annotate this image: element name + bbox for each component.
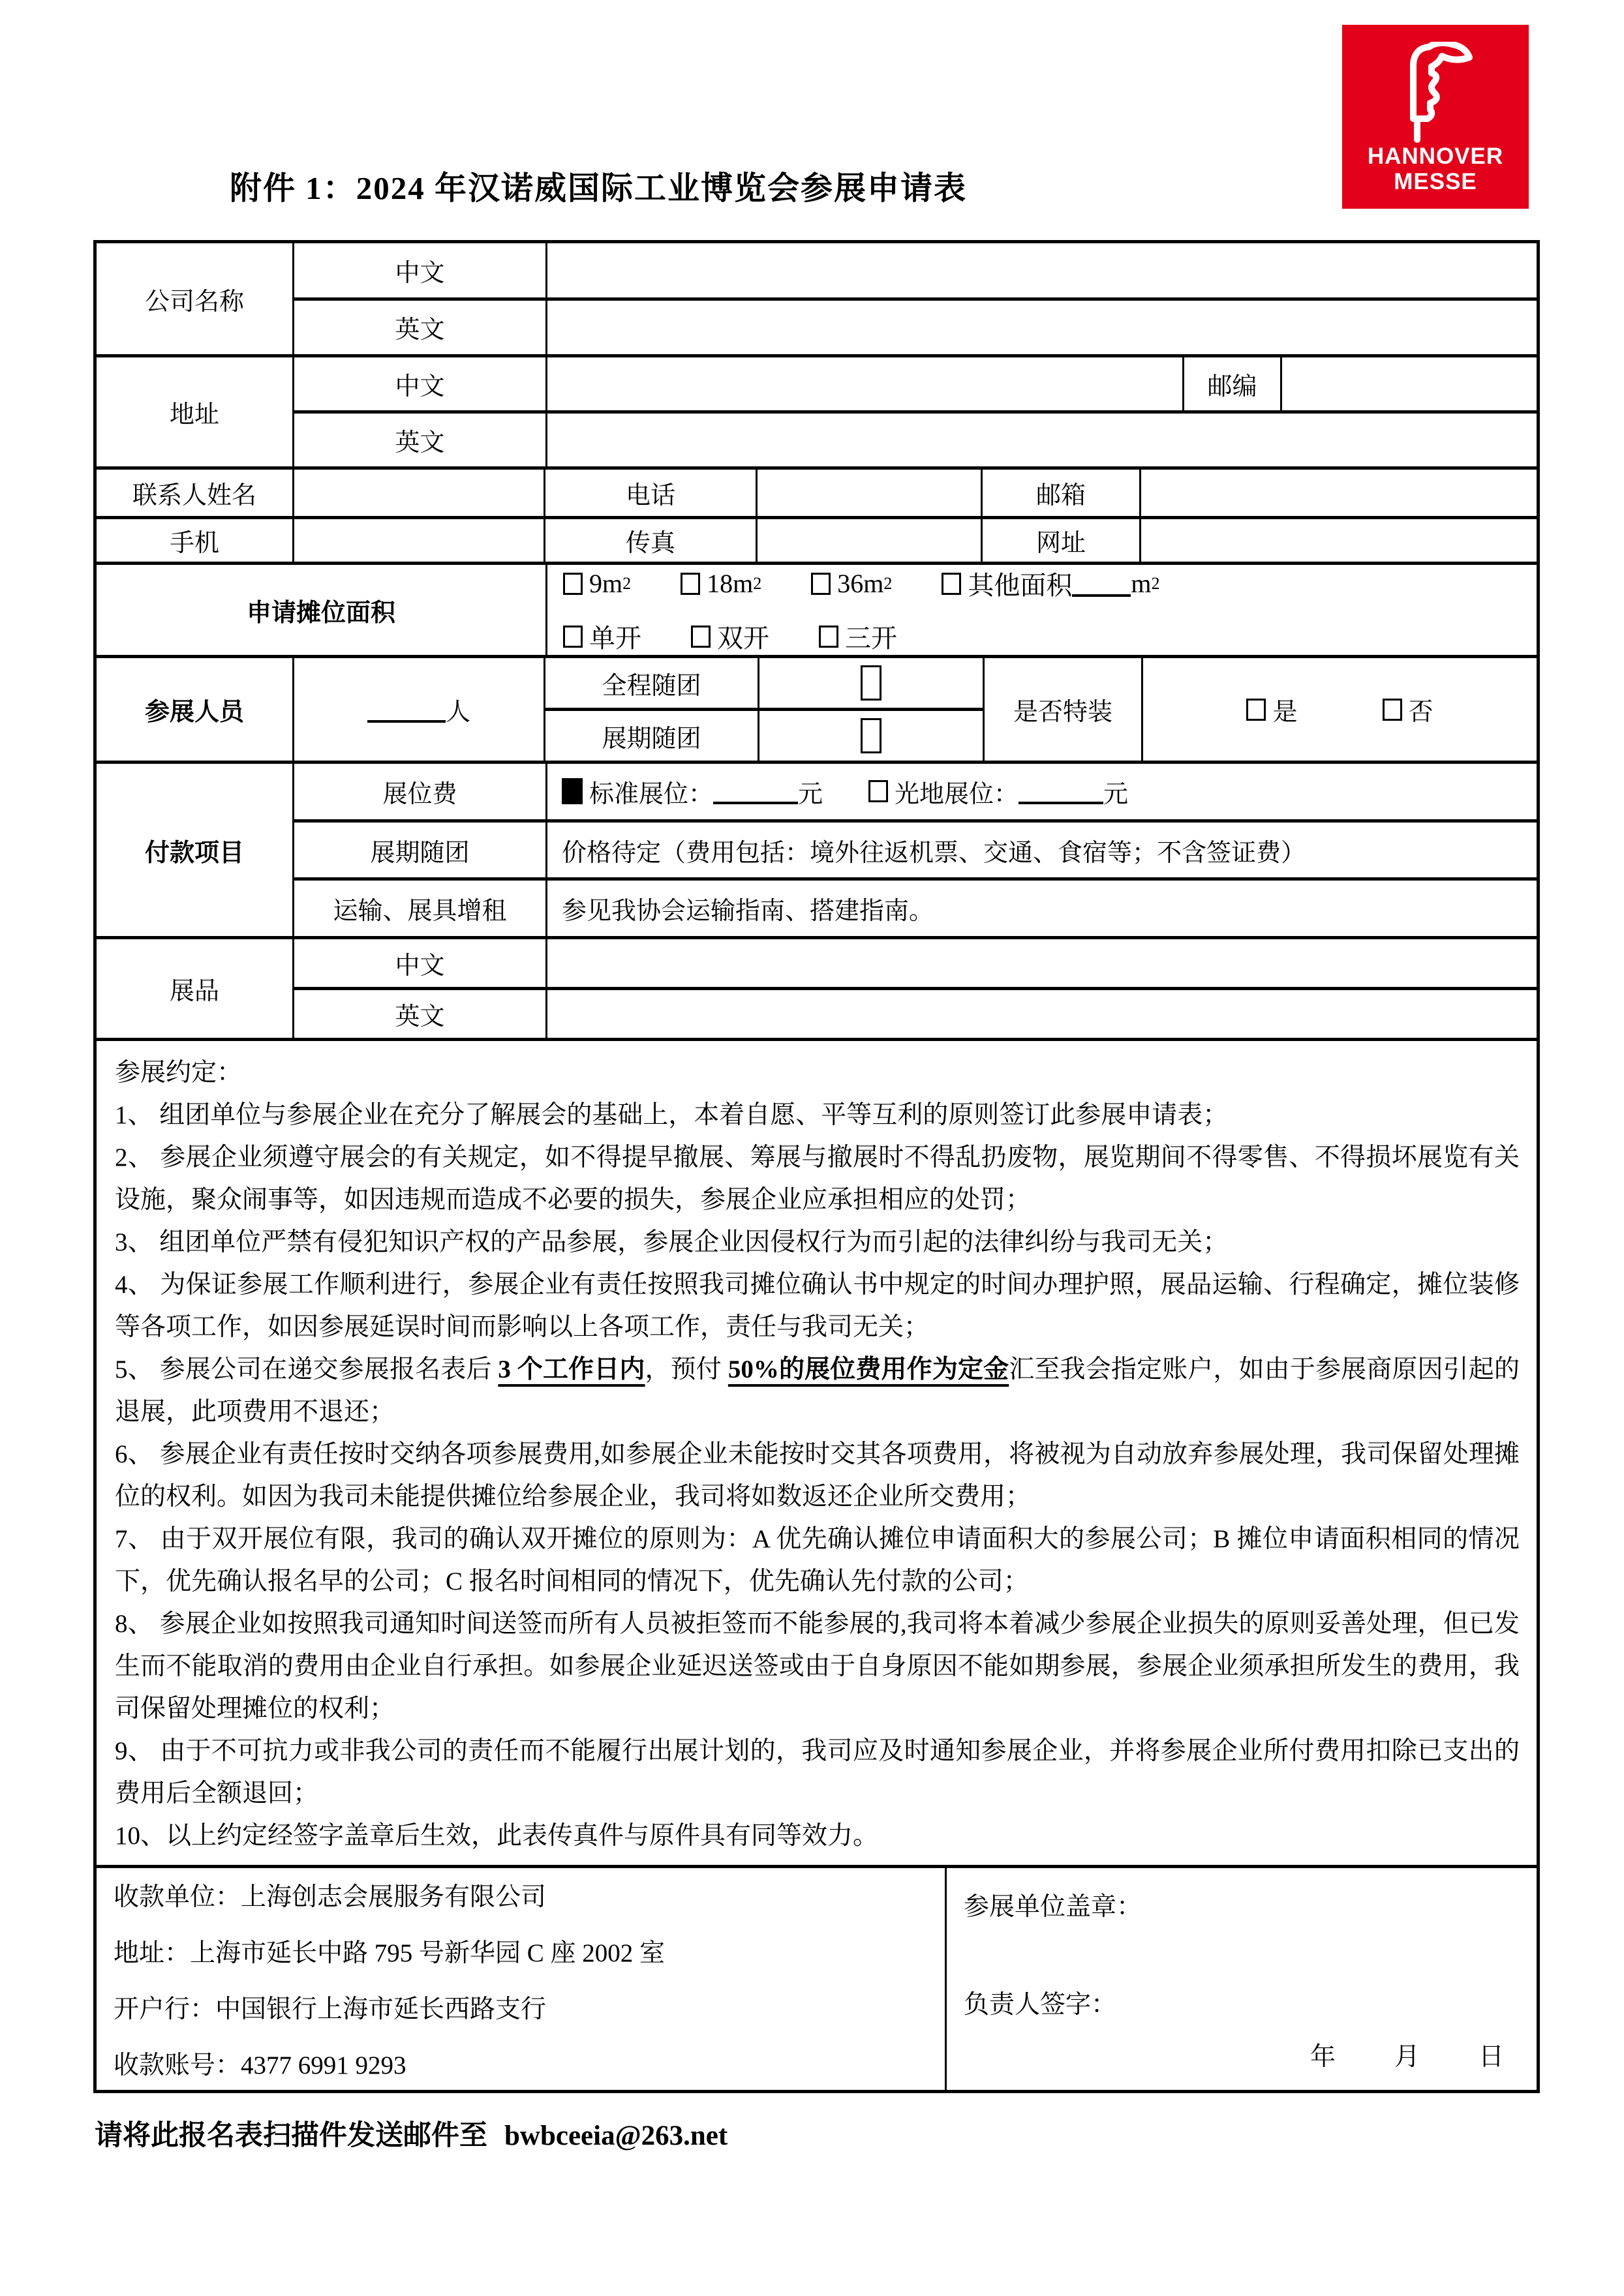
checkbox-icon[interactable] xyxy=(861,718,881,753)
footer-note: 请将此报名表扫描件发送邮件至bwbceeia@263.net xyxy=(95,2113,728,2153)
term-item: 3、 组团单位严禁有侵犯知识产权的产品参展，参展企业因侵权行为而引起的法律纠纷与… xyxy=(115,1221,1520,1263)
checkbox-icon[interactable] xyxy=(563,573,583,595)
terms-list: 1、 组团单位与参展企业在充分了解展会的基础上，本着自愿、平等互利的原则签订此参… xyxy=(115,1094,1520,1857)
participants-count-blank[interactable] xyxy=(367,697,446,723)
checkbox-icon[interactable] xyxy=(861,665,881,701)
signature-area: 参展单位盖章： 负责人签字： 年 月 日 xyxy=(945,1868,1537,2090)
booth-fee-label: 展位费 xyxy=(294,764,545,819)
page-title: 附件 1：2024 年汉诺威国际工业博览会参展申请表 xyxy=(230,163,967,209)
special-decoration-options: 是 否 xyxy=(1141,658,1537,761)
payment-band: 付款项目 展位费 标准展位：元 光地展位：元 展期随团 价格待定（费用包括：境外… xyxy=(97,764,1537,939)
participants-band: 参展人员 人 全程随团 展期随团 是否特装 是 否 xyxy=(97,658,1537,764)
address-cn-label: 中文 xyxy=(294,357,545,410)
period-fee-desc: 价格待定（费用包括：境外往返机票、交通、食宿等；不含签证费） xyxy=(545,823,1537,878)
participants-count: 人 xyxy=(292,658,544,761)
remittance-signature-band: 收款单位：上海创志会展服务有限公司 地址：上海市延长中路 795 号新华园 C … xyxy=(97,1868,1537,2090)
application-form-page: HANNOVER MESSE 附件 1：2024 年汉诺威国际工业博览会参展申请… xyxy=(0,0,1624,2296)
application-form-table: 公司名称 中文 英文 地址 中文 邮编 xyxy=(93,240,1540,2093)
fax-label: 传真 xyxy=(544,519,756,562)
zip-label: 邮编 xyxy=(1182,357,1280,410)
other-area-blank[interactable] xyxy=(1072,571,1131,597)
booth-open-options: 单开 双开 三开 xyxy=(563,618,897,655)
remittance-info: 收款单位：上海创志会展服务有限公司 地址：上海市延长中路 795 号新华园 C … xyxy=(97,1868,945,2090)
term-item: 9、 由于不可抗力或非我公司的责任而不能履行出展计划的，我司应及时通知参展企业，… xyxy=(115,1730,1520,1815)
hannover-messe-logo: HANNOVER MESSE xyxy=(1342,25,1529,209)
full-trip-label: 全程随团 xyxy=(545,658,758,708)
booth-fee-content: 标准展位：元 光地展位：元 xyxy=(545,764,1537,819)
standard-booth-price-blank[interactable] xyxy=(713,778,798,804)
phone-input[interactable] xyxy=(756,470,981,516)
checkbox-icon[interactable] xyxy=(681,573,700,595)
address-label: 地址 xyxy=(97,357,292,466)
period-trip-checkbox-cell xyxy=(758,711,983,761)
exhibits-en-label: 英文 xyxy=(294,990,545,1038)
option-36m2[interactable]: 36m2 xyxy=(811,568,892,599)
term-item: 4、 为保证参展工作顺利进行，参展企业有责任按照我司摊位确认书中规定的时间办理护… xyxy=(115,1263,1520,1348)
logo-wordmark: HANNOVER MESSE xyxy=(1342,143,1529,194)
booth-area-options: 9m2 18m2 36m2 其他面积m2 单开 双开 三开 xyxy=(545,565,1537,655)
phone-label: 电话 xyxy=(544,470,756,516)
payment-label: 付款项目 xyxy=(97,764,292,936)
company-cn-input[interactable] xyxy=(545,243,1537,297)
special-decoration-label: 是否特装 xyxy=(983,658,1141,761)
period-trip-label: 展期随团 xyxy=(545,711,758,761)
exhibits-label: 展品 xyxy=(97,939,292,1038)
option-double-open[interactable]: 双开 xyxy=(691,618,769,655)
option-triple-open[interactable]: 三开 xyxy=(819,618,897,655)
checkbox-icon[interactable] xyxy=(1246,699,1266,721)
responsible-signature-label: 负责人签字： xyxy=(964,1984,1116,2021)
terms-heading: 参展约定： xyxy=(115,1051,1520,1094)
company-en-input[interactable] xyxy=(545,301,1537,355)
terms-band: 参展约定： 1、 组团单位与参展企业在充分了解展会的基础上，本着自愿、平等互利的… xyxy=(97,1041,1537,1868)
option-other-area[interactable]: 其他面积m2 xyxy=(942,565,1159,602)
company-name-label: 公司名称 xyxy=(97,243,292,354)
contact-name-input[interactable] xyxy=(292,470,544,516)
website-label: 网址 xyxy=(981,519,1139,562)
checkbox-icon[interactable] xyxy=(1383,699,1402,721)
checkbox-icon[interactable] xyxy=(868,780,888,802)
option-single-open[interactable]: 单开 xyxy=(563,618,641,655)
website-input[interactable] xyxy=(1139,519,1537,562)
exhibits-cn-label: 中文 xyxy=(294,939,545,987)
full-trip-checkbox-cell xyxy=(758,658,983,708)
open-space-price-blank[interactable] xyxy=(1019,778,1103,804)
date-line: 年 月 日 xyxy=(1310,2036,1507,2073)
booth-size-options: 9m2 18m2 36m2 其他面积m2 xyxy=(563,565,1160,602)
email-label: 邮箱 xyxy=(981,470,1139,516)
checkbox-icon[interactable] xyxy=(819,626,838,648)
booth-area-label: 申请摊位面积 xyxy=(97,565,545,655)
mobile-label: 手机 xyxy=(97,519,292,562)
footer-text: 请将此报名表扫描件发送邮件至 xyxy=(95,2121,487,2151)
term-item: 10、以上约定经签字盖章后生效，此表传真件与原件具有同等效力。 xyxy=(115,1815,1520,1857)
term-item: 5、 参展公司在递交参展报名表后 3 个工作日内，预付 50%的展位费用作为定金… xyxy=(115,1348,1520,1433)
filled-checkbox-icon xyxy=(562,778,583,804)
term-item: 2、 参展企业须遵守展会的有关规定，如不得提早撤展、筹展与撤展时不得乱扔废物，展… xyxy=(115,1136,1520,1221)
transport-desc: 参见我协会运输指南、搭建指南。 xyxy=(545,881,1537,936)
company-name-band: 公司名称 中文 英文 xyxy=(97,243,1537,357)
participants-label: 参展人员 xyxy=(97,658,292,761)
email-input[interactable] xyxy=(1139,470,1537,516)
checkbox-icon[interactable] xyxy=(811,573,831,595)
head-profile-icon xyxy=(1392,42,1478,145)
logo-line1: HANNOVER xyxy=(1342,143,1529,169)
option-18m2[interactable]: 18m2 xyxy=(681,568,761,599)
address-cn-input[interactable] xyxy=(545,357,1182,410)
address-en-label: 英文 xyxy=(294,414,545,466)
term-item: 6、 参展企业有责任按时交纳各项参展费用,如参展企业未能按时交其各项费用，将被视… xyxy=(115,1433,1520,1518)
footer-email: bwbceeia@263.net xyxy=(504,2121,728,2151)
terms-block: 参展约定： 1、 组团单位与参展企业在充分了解展会的基础上，本着自愿、平等互利的… xyxy=(97,1041,1537,1865)
remittance-account: 收款账号：4377 6991 9293 xyxy=(114,2045,406,2081)
contact-name-label: 联系人姓名 xyxy=(97,470,292,516)
period-fee-label: 展期随团 xyxy=(294,823,545,878)
exhibits-band: 展品 中文 英文 xyxy=(97,939,1537,1041)
mobile-band: 手机 传真 网址 xyxy=(97,519,1537,565)
remittance-payee: 收款单位：上海创志会展服务有限公司 xyxy=(114,1877,546,1913)
address-en-input[interactable] xyxy=(545,414,1537,466)
exhibits-cn-input[interactable] xyxy=(545,939,1537,987)
company-en-label: 英文 xyxy=(294,301,545,355)
exhibits-en-input[interactable] xyxy=(545,990,1537,1038)
checkbox-icon[interactable] xyxy=(691,626,711,648)
option-yes[interactable]: 是 xyxy=(1246,691,1297,727)
option-9m2[interactable]: 9m2 xyxy=(563,568,631,599)
address-band: 地址 中文 邮编 英文 xyxy=(97,357,1537,470)
remittance-bank: 开户行：中国银行上海市延长西路支行 xyxy=(114,1989,546,2025)
mobile-input[interactable] xyxy=(292,519,544,562)
term-item: 7、 由于双开展位有限，我司的确认双开摊位的原则为：A 优先确认摊位申请面积大的… xyxy=(115,1518,1520,1603)
checkbox-icon[interactable] xyxy=(563,626,583,648)
option-no[interactable]: 否 xyxy=(1383,691,1433,727)
company-cn-label: 中文 xyxy=(294,243,545,297)
logo-line2: MESSE xyxy=(1342,169,1529,194)
fax-input[interactable] xyxy=(756,519,981,562)
transport-label: 运输、展具增租 xyxy=(294,881,545,936)
company-stamp-label: 参展单位盖章： xyxy=(964,1886,1142,1923)
remittance-address: 地址：上海市延长中路 795 号新华园 C 座 2002 室 xyxy=(114,1933,665,1969)
term-item: 1、 组团单位与参展企业在充分了解展会的基础上，本着自愿、平等互利的原则签订此参… xyxy=(115,1094,1520,1136)
checkbox-icon[interactable] xyxy=(942,573,961,595)
term-item: 8、 参展企业如按照我司通知时间送签而所有人员被拒签而不能参展的,我司将本着减少… xyxy=(115,1603,1520,1730)
booth-area-band: 申请摊位面积 9m2 18m2 36m2 其他面积m2 单开 双开 三开 xyxy=(97,565,1537,658)
zip-input[interactable] xyxy=(1280,357,1537,410)
contact-band: 联系人姓名 电话 邮箱 xyxy=(97,470,1537,519)
